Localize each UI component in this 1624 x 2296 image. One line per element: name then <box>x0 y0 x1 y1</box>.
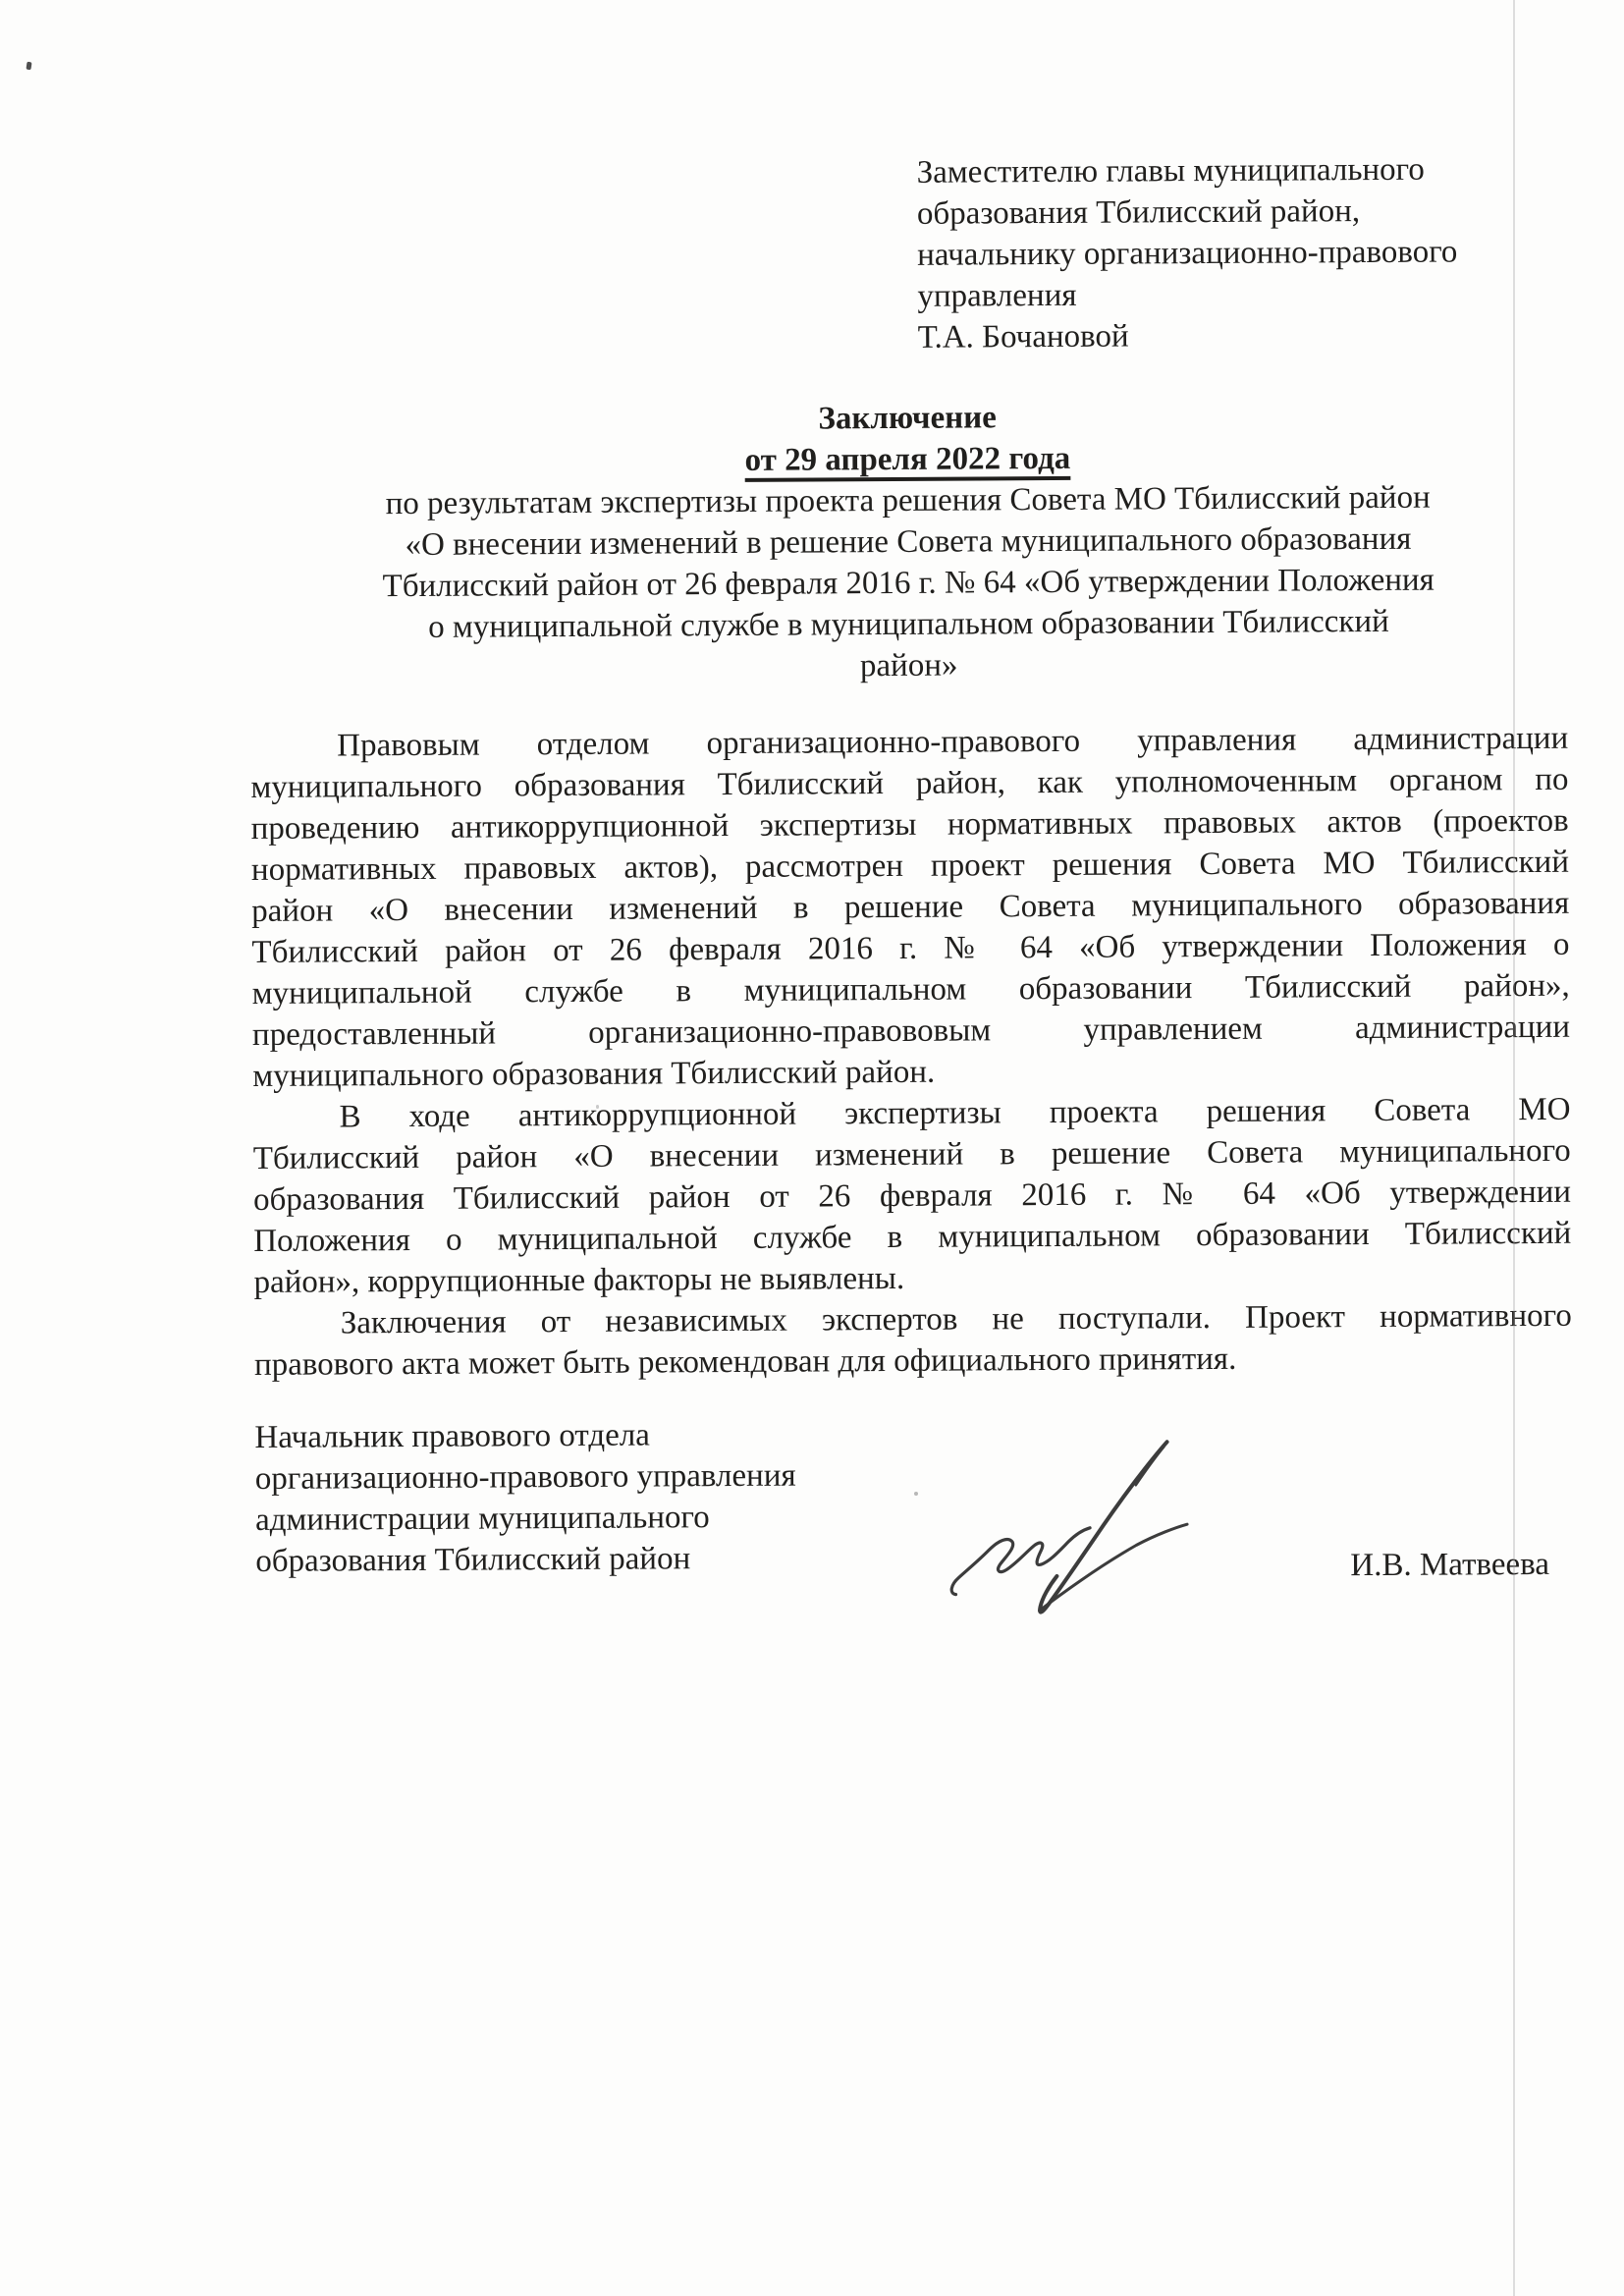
document-content: Заместителю главы муниципальногообразова… <box>246 0 1578 2296</box>
addressee-block: Заместителю главы муниципальногообразова… <box>917 148 1566 358</box>
body-paragraph-2: В ходе антикоррупционной экспертизы прое… <box>252 1089 1571 1303</box>
scan-speck <box>26 62 31 71</box>
body-paragraph-3: Заключения от независимых экспертов не п… <box>254 1295 1572 1386</box>
body-paragraph-1: Правовым отделом организационно-правовог… <box>250 718 1570 1097</box>
scan-streak-artifact <box>1513 0 1515 2296</box>
scan-speck <box>914 1492 918 1496</box>
document-date-text: от 29 апреля 2022 года <box>744 441 1070 478</box>
subject-block: по результатам экспертизы проекта решени… <box>249 476 1568 690</box>
document-page: Заместителю главы муниципальногообразова… <box>0 0 1624 2296</box>
signatory-name: И.В. Матвеева <box>1350 1544 1549 1586</box>
scan-speck <box>596 1105 599 1109</box>
handwritten-signature-icon <box>939 1430 1205 1628</box>
